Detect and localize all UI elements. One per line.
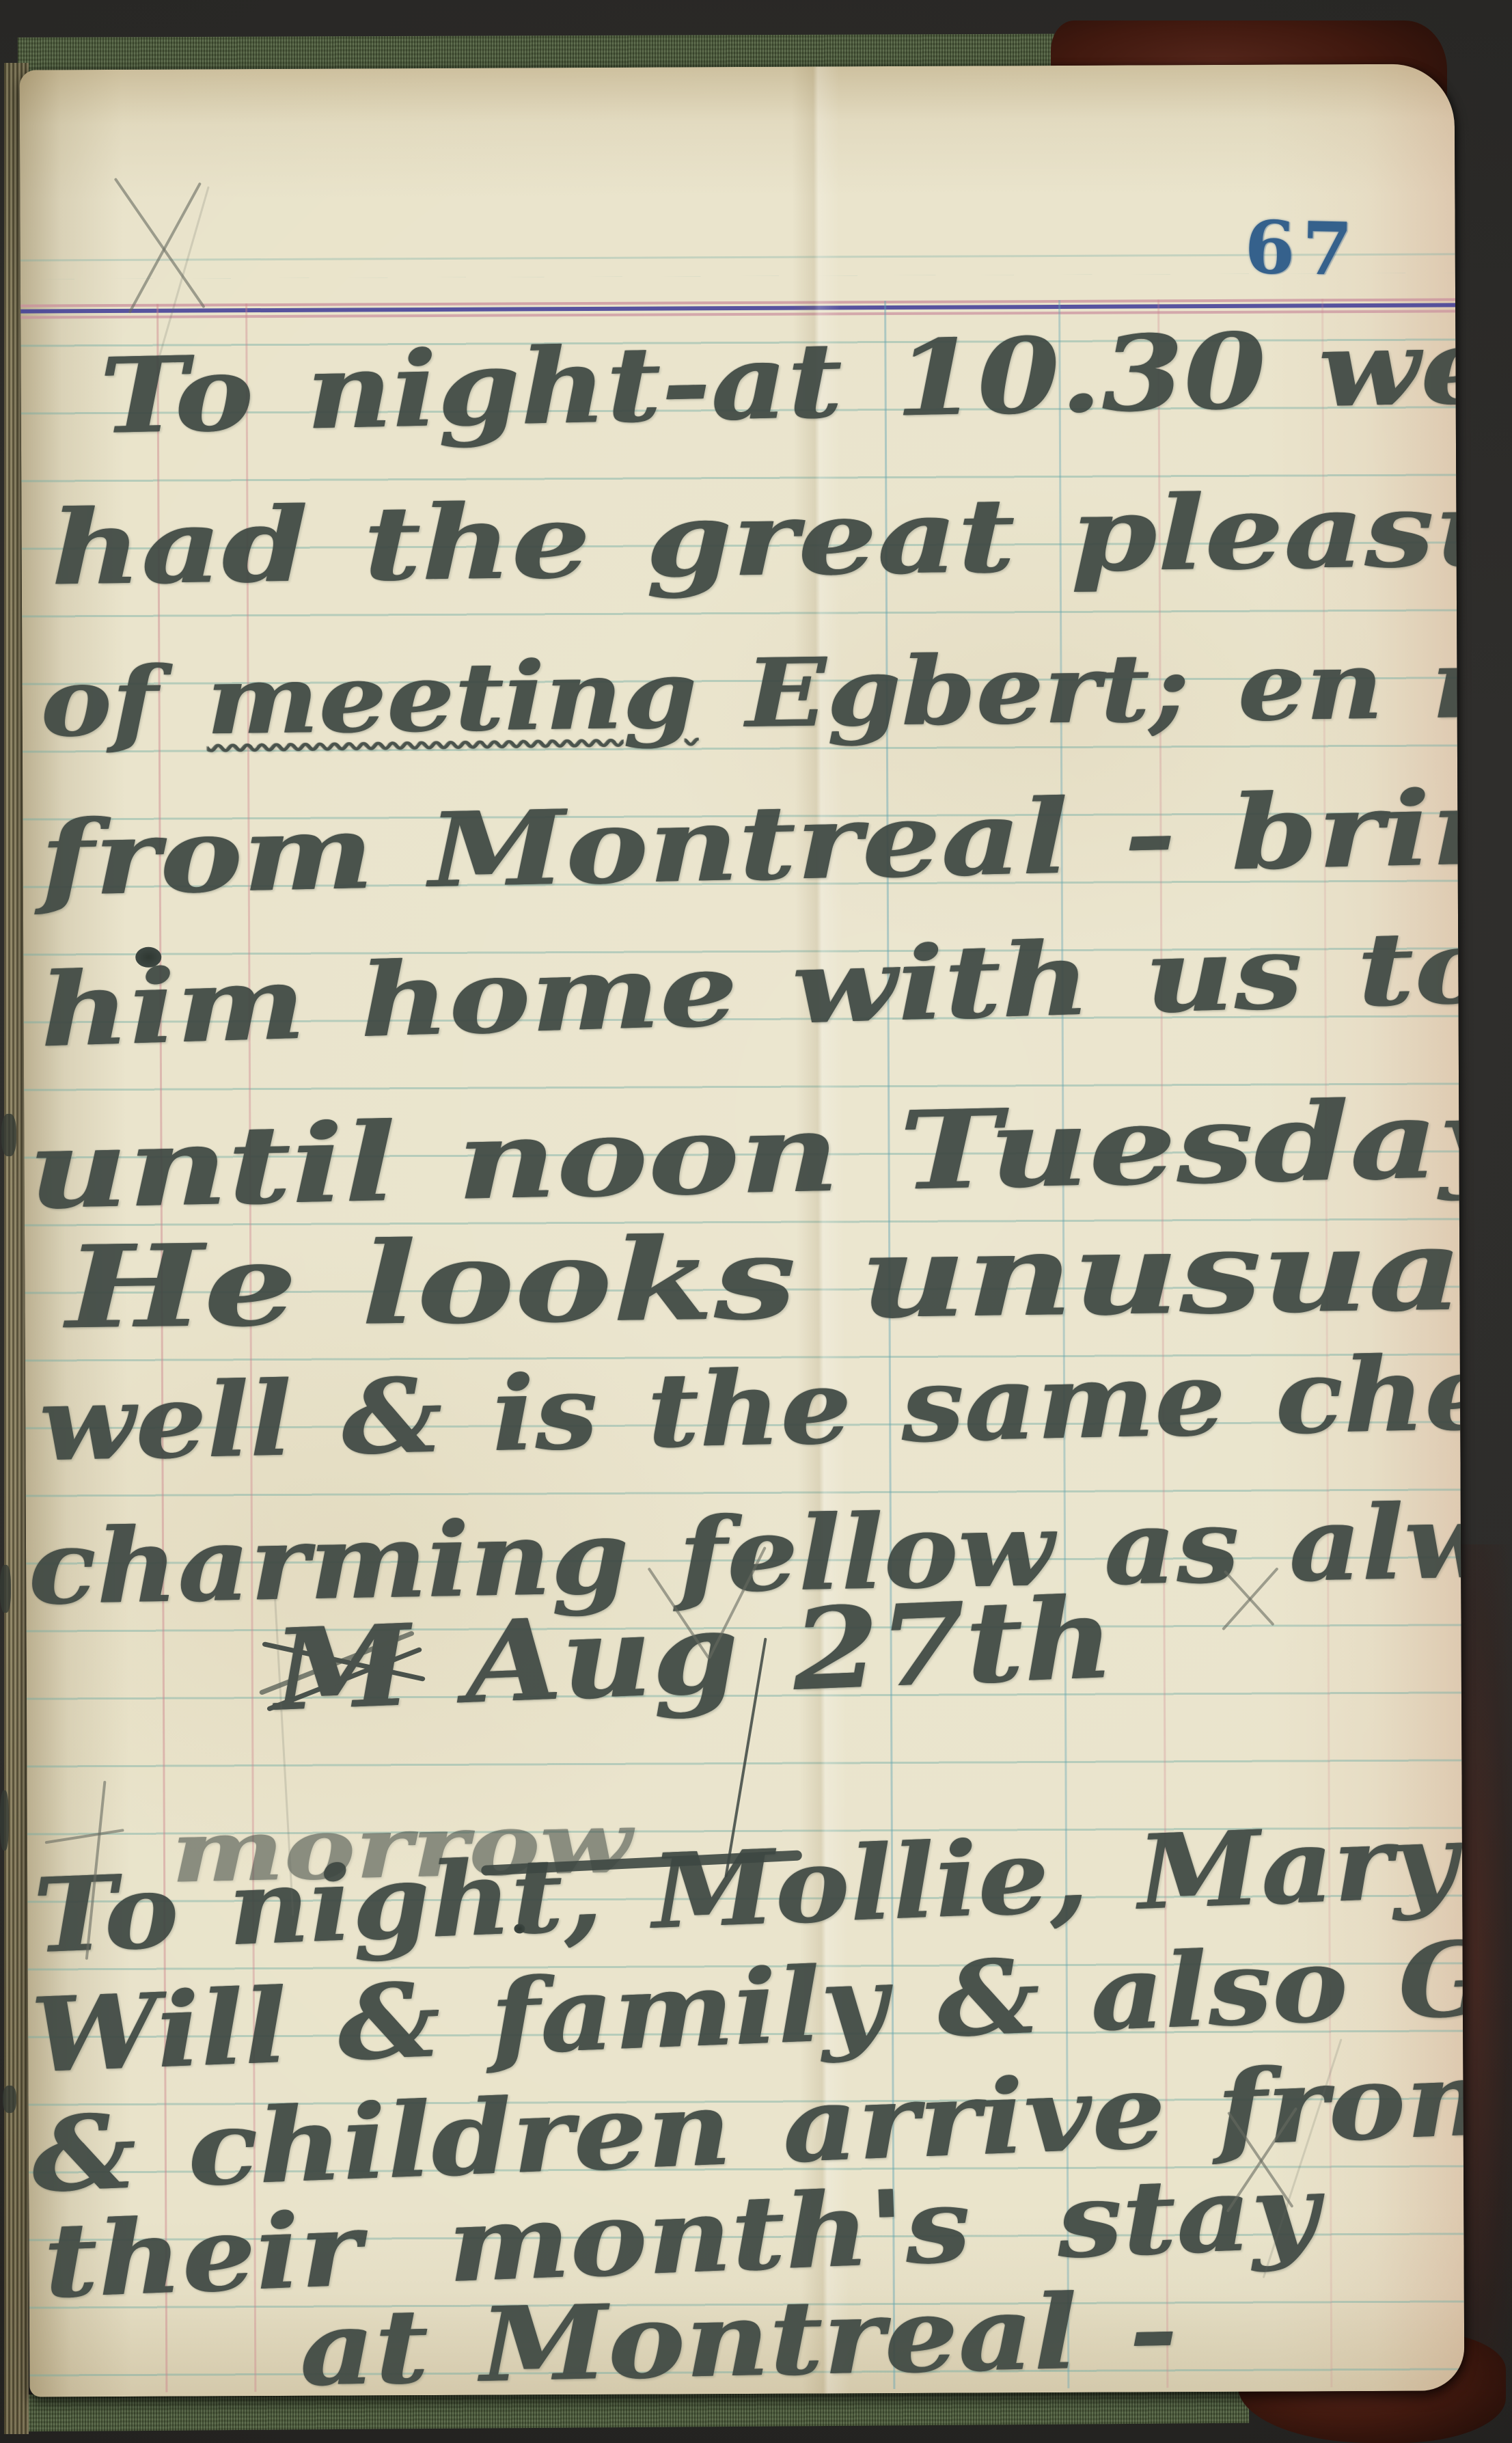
handwriting-line-7: He looks unusually bbox=[65, 1211, 1464, 1346]
notebook-page: 67 To night-at 10.30 we had the great pl… bbox=[20, 64, 1465, 2397]
faint-rule-above-header bbox=[20, 253, 1455, 261]
handwriting-line-3-post: Egbert; en route bbox=[696, 625, 1464, 750]
handwriting-line-6: until noon Tuesday - bbox=[27, 1082, 1464, 1225]
page-number: 67 bbox=[1243, 204, 1360, 292]
gutter-ink-mark-3 bbox=[0, 1790, 9, 1851]
worn-spine-smudge bbox=[1461, 1544, 1512, 2392]
handwriting-line-3-pre: of bbox=[40, 644, 207, 758]
ink-blot bbox=[135, 947, 161, 968]
handwriting-line-16: at Montreal - bbox=[299, 2279, 1179, 2397]
photo-of-diary-page: 67 To night-at 10.30 we had the great pl… bbox=[0, 0, 1512, 2443]
handwriting-line-10: M Aug 27th bbox=[271, 1582, 1115, 1727]
handwriting-line-1: To night-at 10.30 we bbox=[98, 314, 1464, 449]
handwriting-underlined-word: meeting bbox=[206, 638, 698, 756]
handwriting-line-2: had the great pleasure bbox=[50, 476, 1464, 599]
handwriting-line-3: of meeting Egbert; en route bbox=[40, 633, 1464, 750]
struck-out-letter: M bbox=[271, 1609, 413, 1727]
handwriting-date: Aug 27th bbox=[463, 1572, 1116, 1729]
gutter-ink-mark-1 bbox=[1, 1114, 16, 1156]
gutter-ink-mark-4 bbox=[3, 2086, 16, 2113]
ink-blot-small bbox=[514, 1924, 525, 1933]
gutter-ink-mark-2 bbox=[0, 1565, 11, 1613]
